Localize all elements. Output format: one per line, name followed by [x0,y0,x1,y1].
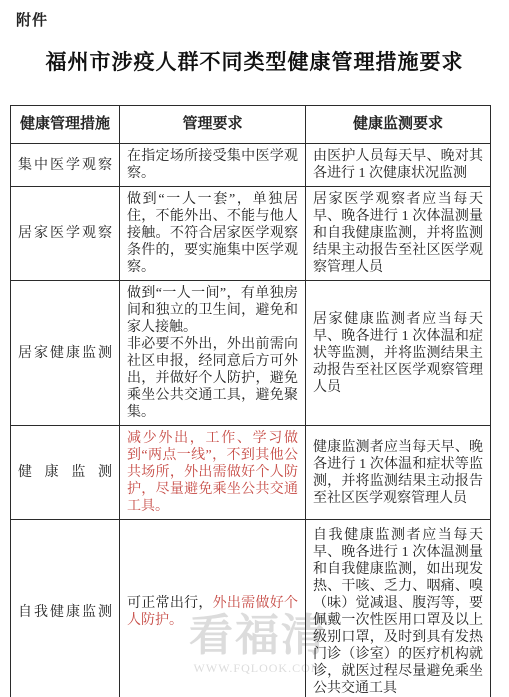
management-paragraph: 做到“一人一间”，有单独房间和独立的卫生间，避免和家人接触。 [127,285,298,336]
measure-cell: 居家健康监测 [11,281,120,426]
health-measures-table: 健康管理措施 管理要求 健康监测要求 集中医学观察 在指定场所接受集中医学观察。… [10,105,491,697]
table-row: 居家医学观察 做到“一人一套”，单独居住，不能外出、不能与他人接触。不符合居家医… [11,187,491,281]
management-highlighted-text: 减少外出，工作、学习做到“两点一线”，不到其他公共场所，外出需做好个人防护，尽量… [127,431,298,514]
management-cell: 做到“一人一间”，有单独房间和独立的卫生间，避免和家人接触。 非必要不外出，外出… [120,281,306,426]
table-header-row: 健康管理措施 管理要求 健康监测要求 [11,106,491,144]
measure-cell: 居家医学观察 [11,187,120,281]
management-cell: 可正常出行，外出需做好个人防护。 [120,520,306,697]
monitoring-cell: 居家健康监测者应当每天早、晚各进行 1 次体温和症状等监测，并将监测结果主动报告… [306,281,491,426]
col-header-monitoring: 健康监测要求 [306,106,491,144]
measure-cell: 健康监测 [11,426,120,520]
management-cell: 减少外出，工作、学习做到“两点一线”，不到其他公共场所，外出需做好个人防护，尽量… [120,426,306,520]
management-paragraph: 非必要不外出，外出前需向社区申报，经同意后方可外出，并做好个人防护，避免乘坐公共… [127,336,298,421]
measure-cell: 集中医学观察 [11,144,120,187]
page-title: 福州市涉疫人群不同类型健康管理措施要求 [0,46,509,76]
management-normal-text: 可正常出行， [127,596,213,611]
col-header-management: 管理要求 [120,106,306,144]
table-row: 集中医学观察 在指定场所接受集中医学观察。 由医护人员每天早、晚对其各进行 1 … [11,144,491,187]
monitoring-cell: 居家医学观察者应当每天早、晚各进行 1 次体温测量和自我健康监测，并将监测结果主… [306,187,491,281]
management-cell: 在指定场所接受集中医学观察。 [120,144,306,187]
table-row: 居家健康监测 做到“一人一间”，有单独房间和独立的卫生间，避免和家人接触。 非必… [11,281,491,426]
management-cell: 做到“一人一套”，单独居住，不能外出、不能与他人接触。不符合居家医学观察条件的，… [120,187,306,281]
col-header-measure: 健康管理措施 [11,106,120,144]
table-row: 自我健康监测 可正常出行，外出需做好个人防护。 自我健康监测者应当每天早、晚各进… [11,520,491,697]
table-row: 健康监测 减少外出，工作、学习做到“两点一线”，不到其他公共场所，外出需做好个人… [11,426,491,520]
measure-cell: 自我健康监测 [11,520,120,697]
monitoring-cell: 由医护人员每天早、晚对其各进行 1 次健康状况监测 [306,144,491,187]
attachment-label: 附件 [16,9,48,30]
monitoring-cell: 自我健康监测者应当每天早、晚各进行 1 次体温测量和自我健康监测，如出现发热、干… [306,520,491,697]
monitoring-cell: 健康监测者应当每天早、晚各进行 1 次体温和症状等监测，并将监测结果主动报告至社… [306,426,491,520]
